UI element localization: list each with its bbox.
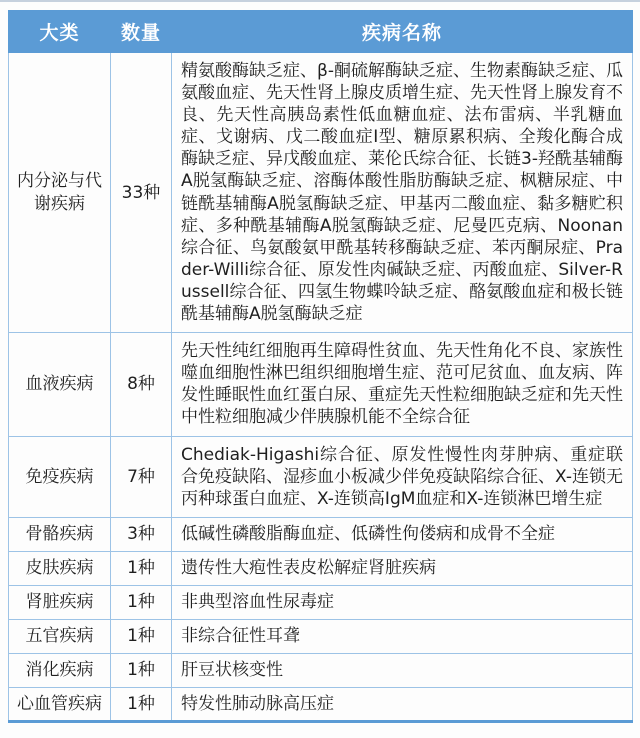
table-row: 骨骼疾病 3种 低碱性磷酸脂酶血症、低磷性佝偻病和成骨不全症 — [9, 517, 633, 551]
table-row: 肾脏疾病 1种 非典型溶血性尿毒症 — [9, 585, 633, 619]
diseases-cell: 非综合征性耳聋 — [172, 619, 633, 653]
count-cell: 1种 — [111, 687, 172, 721]
category-cell: 骨骼疾病 — [9, 517, 111, 551]
diseases-cell: 精氨酸酶缺乏症、β-酮硫解酶缺乏症、生物素酶缺乏症、瓜氨酸血症、先天性肾上腺皮质… — [172, 53, 633, 333]
category-cell: 免疫疾病 — [9, 436, 111, 517]
diseases-cell: 肝豆状核变性 — [172, 653, 633, 687]
category-cell: 消化疾病 — [9, 653, 111, 687]
table-row: 皮肤疾病 1种 遗传性大疱性表皮松解症肾脏疾病 — [9, 551, 633, 585]
header-disease-names: 疾病名称 — [172, 11, 633, 53]
category-cell: 血液疾病 — [9, 333, 111, 436]
table-row: 血液疾病 8种 先天性纯红细胞再生障碍性贫血、先天性角化不良、家族性噬血细胞性淋… — [9, 333, 633, 436]
table-row: 消化疾病 1种 肝豆状核变性 — [9, 653, 633, 687]
count-cell: 1种 — [111, 653, 172, 687]
category-cell: 皮肤疾病 — [9, 551, 111, 585]
table-row: 心血管疾病 1种 特发性肺动脉高压症 — [9, 687, 633, 721]
category-cell: 五官疾病 — [9, 619, 111, 653]
table-header: 大类 数量 疾病名称 — [9, 11, 633, 53]
header-count: 数量 — [111, 11, 172, 53]
table-row: 免疫疾病 7种 Chediak-Higashi综合征、原发性慢性肉芽肿病、重症联… — [9, 436, 633, 517]
category-cell: 内分泌与代谢疾病 — [9, 53, 111, 333]
count-cell: 1种 — [111, 585, 172, 619]
rare-disease-table: 大类 数量 疾病名称 内分泌与代谢疾病 33种 精氨酸酶缺乏症、β-酮硫解酶缺乏… — [8, 10, 633, 723]
diseases-cell: 先天性纯红细胞再生障碍性贫血、先天性角化不良、家族性噬血细胞性淋巴组织细胞增生症… — [172, 333, 633, 436]
count-cell: 33种 — [111, 53, 172, 333]
diseases-cell: 非典型溶血性尿毒症 — [172, 585, 633, 619]
table-row: 五官疾病 1种 非综合征性耳聋 — [9, 619, 633, 653]
diseases-cell: 遗传性大疱性表皮松解症肾脏疾病 — [172, 551, 633, 585]
category-cell: 心血管疾病 — [9, 687, 111, 721]
count-cell: 8种 — [111, 333, 172, 436]
table-body: 内分泌与代谢疾病 33种 精氨酸酶缺乏症、β-酮硫解酶缺乏症、生物素酶缺乏症、瓜… — [9, 53, 633, 722]
table-row: 内分泌与代谢疾病 33种 精氨酸酶缺乏症、β-酮硫解酶缺乏症、生物素酶缺乏症、瓜… — [9, 53, 633, 333]
diseases-cell: 低碱性磷酸脂酶血症、低磷性佝偻病和成骨不全症 — [172, 517, 633, 551]
header-category: 大类 — [9, 11, 111, 53]
count-cell: 1种 — [111, 619, 172, 653]
diseases-cell: 特发性肺动脉高压症 — [172, 687, 633, 721]
count-cell: 3种 — [111, 517, 172, 551]
diseases-cell: Chediak-Higashi综合征、原发性慢性肉芽肿病、重症联合免疫缺陷、湿疹… — [172, 436, 633, 517]
table-container: 大类 数量 疾病名称 内分泌与代谢疾病 33种 精氨酸酶缺乏症、β-酮硫解酶缺乏… — [0, 2, 640, 727]
top-rule — [0, 0, 640, 2]
count-cell: 7种 — [111, 436, 172, 517]
category-cell: 肾脏疾病 — [9, 585, 111, 619]
count-cell: 1种 — [111, 551, 172, 585]
